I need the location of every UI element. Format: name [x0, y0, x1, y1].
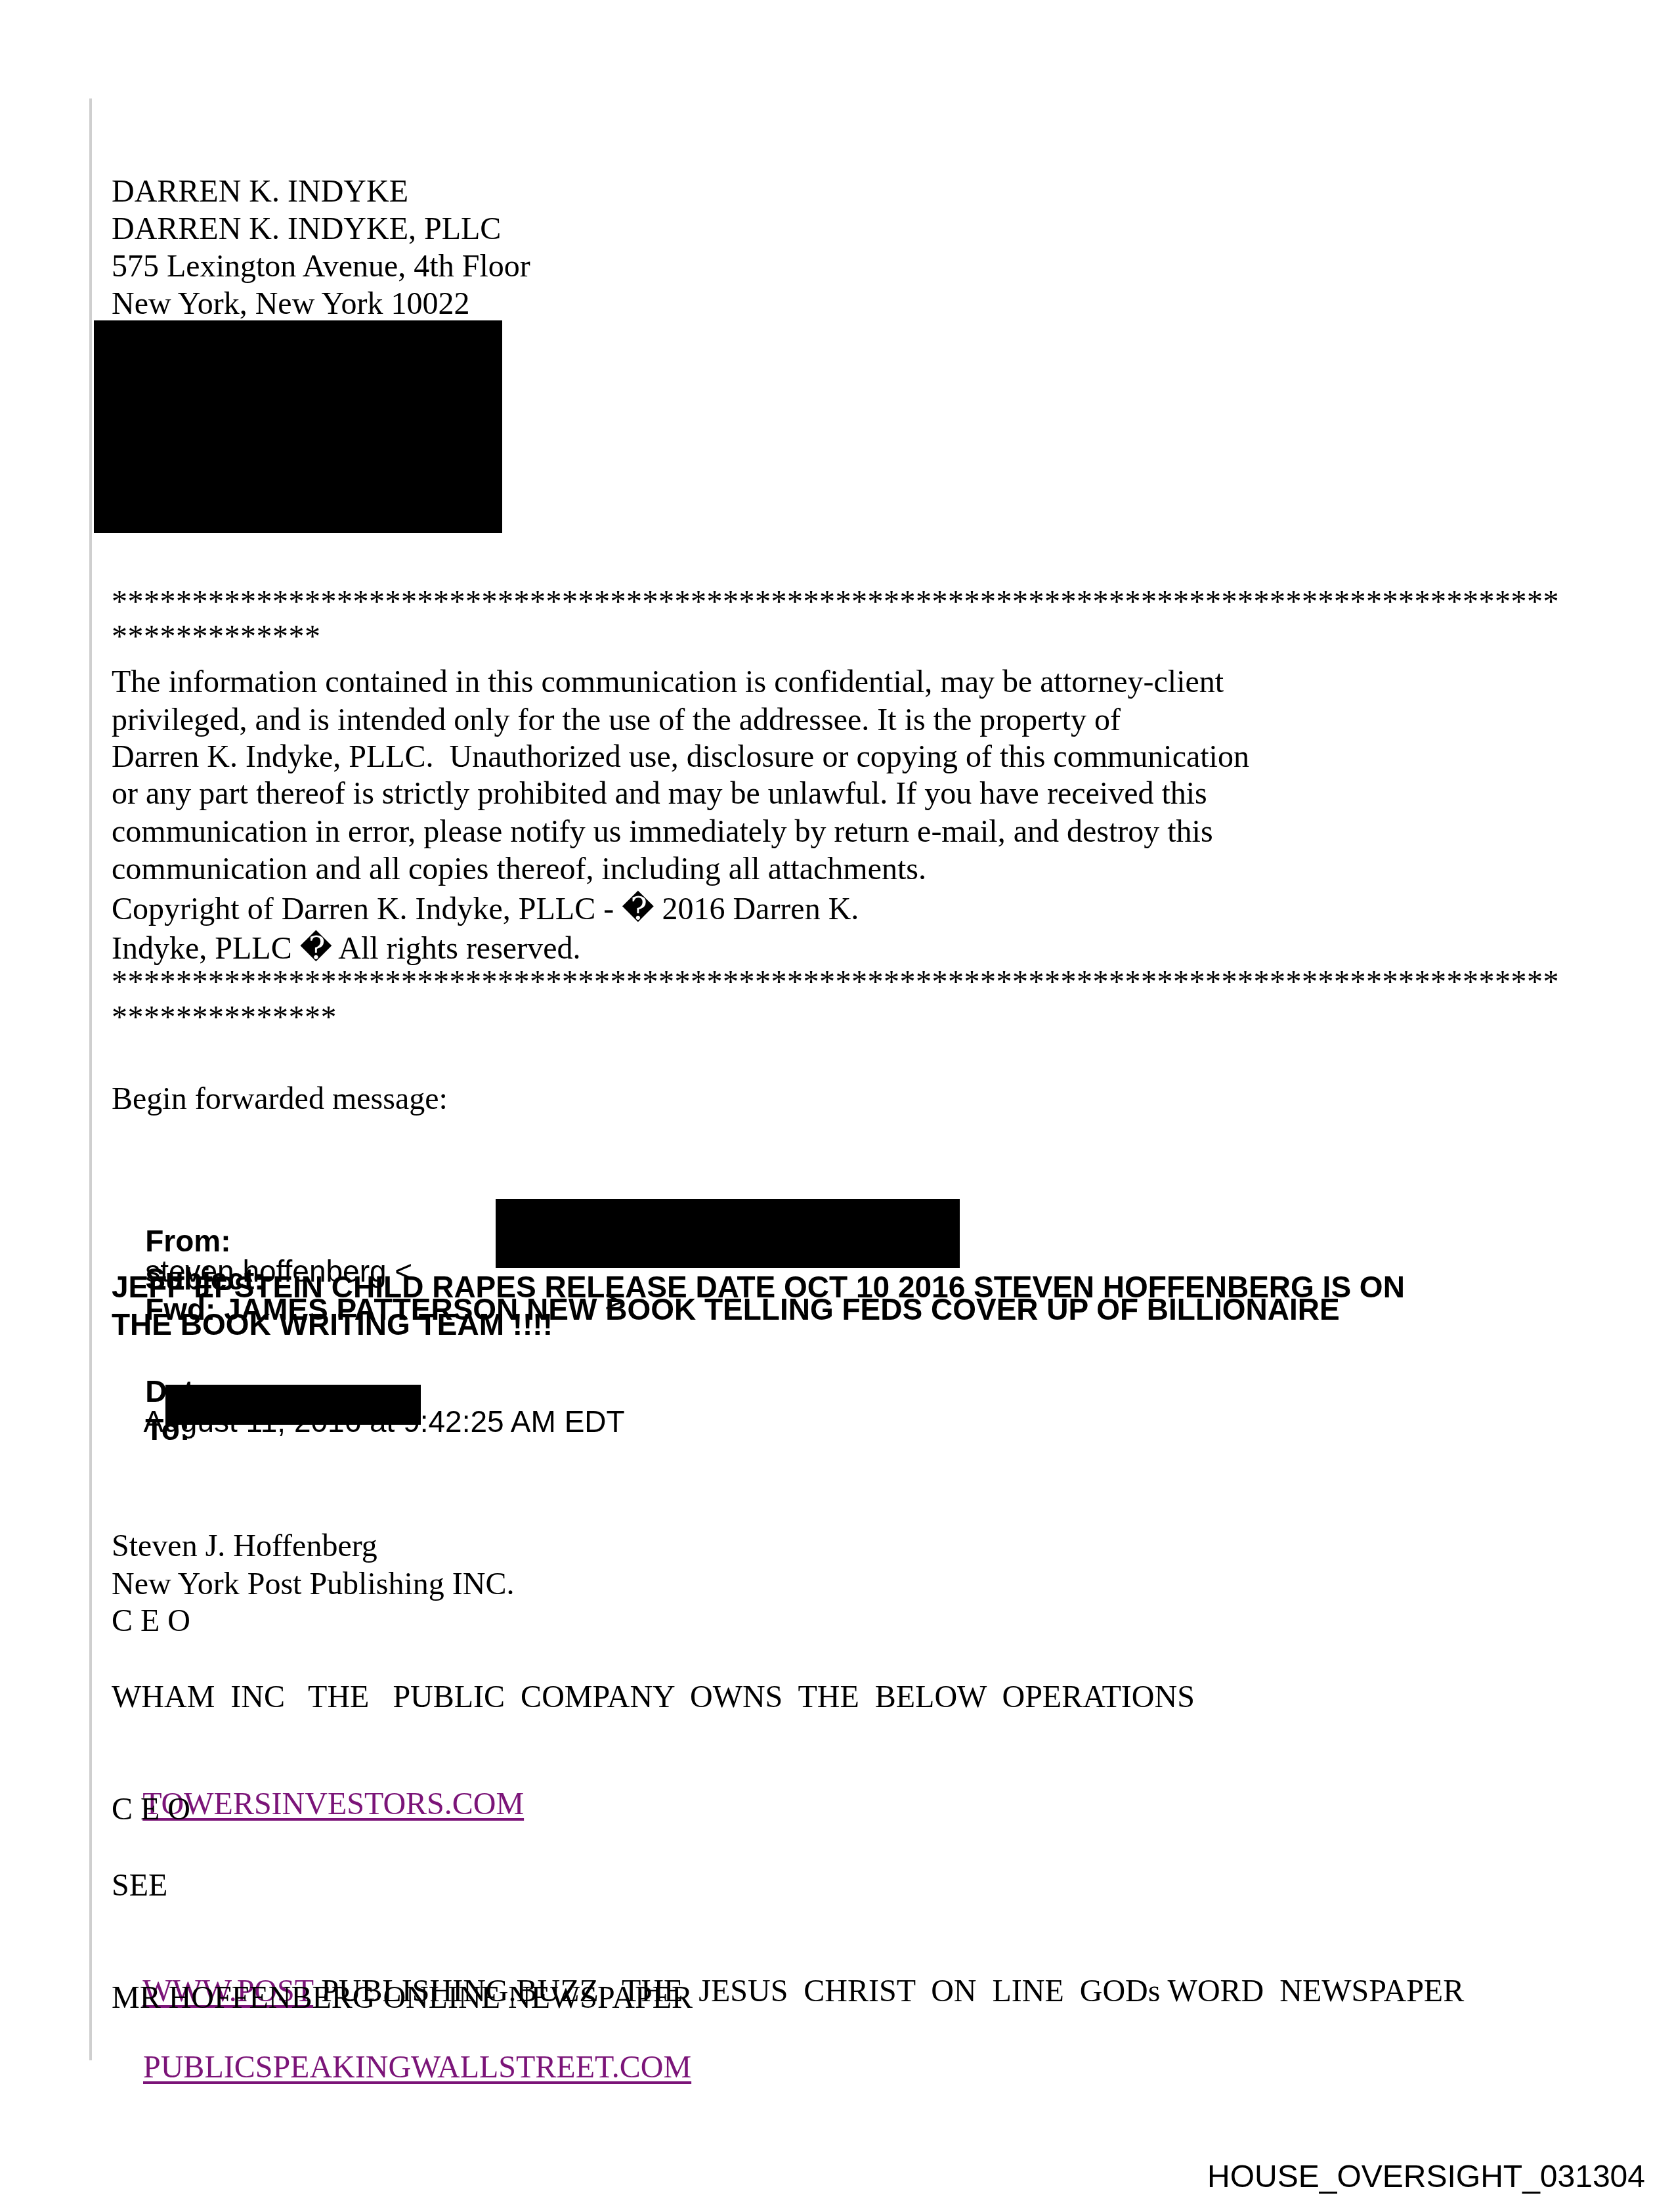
wham-line: WHAM INC THE PUBLIC COMPANY OWNS THE BEL… [112, 1681, 1195, 1713]
asterisk-rule-top: ****************************************… [112, 586, 1559, 618]
signature-title: C E O [112, 1605, 190, 1637]
sender-city: New York, New York 10022 [112, 288, 469, 320]
redaction-box-to [165, 1385, 421, 1425]
sender-name: DARREN K. INDYKE [112, 176, 408, 207]
redaction-box-contact [94, 320, 502, 533]
signature-title-2: C E O [112, 1794, 190, 1825]
disclaimer-line: Darren K. Indyke, PLLC. Unauthorized use… [112, 741, 1249, 773]
disclaimer-line: or any part thereof is strictly prohibit… [112, 778, 1207, 810]
disclaimer-line: communication and all copies thereof, in… [112, 854, 926, 885]
copyright-line: Indyke, PLLC � All rights reserved. [112, 933, 580, 965]
signature-name: Steven J. Hoffenberg [112, 1530, 377, 1562]
online-newspaper-line: MR HOFFENBERG ONLINE NEWSPAPER [112, 1982, 693, 2014]
disclaimer-line: privileged, and is intended only for the… [112, 705, 1121, 736]
towersinvestors-link[interactable]: TOWERSINVESTORS.COM [142, 1787, 524, 1821]
left-margin-rule [89, 98, 92, 2060]
see-label: SEE [112, 1870, 167, 1901]
signature-company: New York Post Publishing INC. [112, 1569, 514, 1600]
sender-address: 575 Lexington Avenue, 4th Floor [112, 251, 530, 282]
forward-intro: Begin forwarded message: [112, 1083, 448, 1115]
bates-number: HOUSE_OVERSIGHT_031304 [1207, 2161, 1645, 2193]
subject-line-2: JEFF EPSTEIN CHILD RAPES RELEASE DATE OC… [112, 1272, 1405, 1302]
asterisk-rule-bottom: ****************************************… [112, 966, 1559, 998]
asterisk-rule-bottom-cont: ************** [112, 1002, 337, 1033]
publicspeakingwallstreet-link[interactable]: PUBLICSPEAKINGWALLSTREET.COM [143, 2050, 691, 2085]
disclaimer-line: The information contained in this commun… [112, 666, 1224, 698]
subject-line-3: THE BOOK WRITING TEAM !!!! [112, 1309, 553, 1339]
document-page: DARREN K. INDYKE DARREN K. INDYKE, PLLC … [0, 0, 1674, 2212]
publicspeaking-link-row: PUBLICSPEAKINGWALLSTREET.COM [112, 2020, 691, 2115]
sender-firm: DARREN K. INDYKE, PLLC [112, 213, 501, 245]
copyright-line: Copyright of Darren K. Indyke, PLLC - � … [112, 894, 859, 925]
disclaimer-line: communication in error, please notify us… [112, 816, 1213, 848]
asterisk-rule-top-cont: ************* [112, 621, 321, 653]
